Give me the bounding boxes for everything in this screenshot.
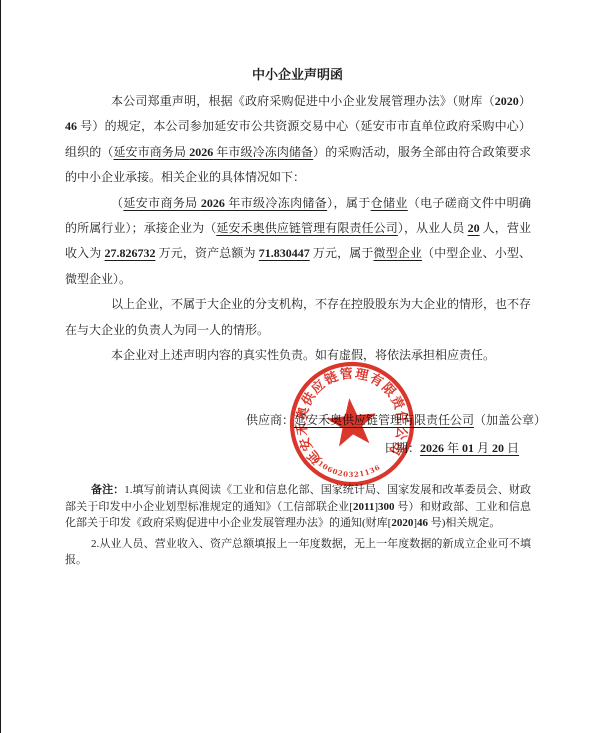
supplier-label: 供应商： (246, 413, 294, 427)
supplier-name: 延安禾奥供应链管理有限责任公司 (294, 413, 474, 427)
note-item-2: 2.从业人员、营业收入、资产总额填报上一年度数据，无上一年度数据的新成立企业可不… (65, 536, 531, 569)
date-line: 日期：2026 年 01 月 20 日 (65, 434, 531, 462)
paragraph-no-large-enterprise: 以上企业，不属于大企业的分支机构，不存在控股股东为大企业的情形，也不存在与大企业… (65, 292, 531, 343)
text-segment: 2026 (420, 441, 444, 455)
text-segment: 年市级冷冻肉储备 (213, 145, 313, 159)
text-segment: 日 (504, 441, 519, 455)
paragraph-declaration: 本公司郑重声明，根据《政府采购促进中小企业发展管理办法》（财库（2020）46 … (65, 89, 531, 191)
text-segment: 2020 (495, 94, 519, 108)
text-segment: 延安禾奥供应链管理有限责任公司 (216, 221, 398, 235)
text-segment: 46 (417, 517, 428, 529)
date-label: 日期： (384, 441, 420, 455)
text-segment: 年 (444, 441, 462, 455)
text-segment: 2.从业人员、营业收入、资产总额填报上一年度数据，无上一年度数据的新成立企业可不… (65, 538, 531, 567)
date-value: 2026 年 01 月 20 日 (420, 441, 533, 455)
text-segment: 27.826732 (105, 246, 156, 260)
supplier-suffix: （加盖公章） (474, 413, 546, 427)
document-title: 中小企业声明函 (1, 0, 594, 83)
text-segment: 月 (474, 441, 492, 455)
text-segment: 微型企业 (373, 246, 422, 260)
text-segment: 01 (462, 441, 474, 455)
paragraph-enterprise-details: （延安市商务局 2026 年市级冷冻肉储备），属于仓储业（电子磋商文件中明确的所… (65, 191, 531, 293)
text-segment: 仓储业 (371, 196, 408, 210)
text-segment: 本企业对上述声明内容的真实性负责。如有虚假，将依法承担相应责任。 (111, 348, 495, 362)
text-segment: ），属于 (327, 196, 370, 210)
text-segment: ） (519, 94, 531, 108)
text-segment: 备注： (91, 484, 124, 496)
text-segment: 延安市商务局 (113, 145, 189, 159)
text-segment: 20 (468, 221, 480, 235)
text-segment: 71.830447 (259, 246, 310, 260)
text-segment: 万元，资产总额为 (156, 246, 259, 260)
text-segment: 2026 (189, 145, 213, 159)
text-segment: 年市级冷冻肉储备 (225, 196, 327, 210)
document-page: 中小企业声明函 本公司郑重声明，根据《政府采购促进中小企业发展管理办法》（财库（… (0, 0, 594, 733)
text-segment: 300 (378, 501, 395, 513)
text-segment: ），从业人员 (398, 221, 468, 235)
text-segment: 20 (492, 441, 504, 455)
signature-block: 供应商：延安禾奥供应链管理有限责任公司（加盖公章） 日期：2026 年 01 月… (65, 406, 531, 462)
text-segment: 46 (65, 119, 77, 133)
paragraph-responsibility: 本企业对上述声明内容的真实性负责。如有虚假，将依法承担相应责任。 (65, 343, 531, 368)
supplier-line: 供应商：延安禾奥供应链管理有限责任公司（加盖公章） (65, 406, 531, 434)
note-item-1: 备注：1.填写前请认真阅读《工业和信息化部、国家统计局、国家发展和改革委员会、财… (65, 482, 531, 532)
text-segment: 2026 (201, 196, 225, 210)
text-segment: 号)相关规定。 (428, 517, 500, 529)
text-segment: 延安市商务局 (123, 196, 201, 210)
text-segment: 2020 (391, 517, 413, 529)
text-segment: 本公司郑重声明，根据《政府采购促进中小企业发展管理办法》（财库（ (111, 94, 495, 108)
text-segment: （ (111, 196, 123, 210)
text-segment: 2011 (353, 501, 374, 513)
document-body: 本公司郑重声明，根据《政府采购促进中小企业发展管理办法》（财库（2020）46 … (65, 89, 531, 368)
text-segment: 万元，属于 (310, 246, 374, 260)
notes-section: 备注：1.填写前请认真阅读《工业和信息化部、国家统计局、国家发展和改革委员会、财… (65, 482, 531, 569)
text-segment: 以上企业，不属于大企业的分支机构，不存在控股股东为大企业的情形，也不存在与大企业… (65, 297, 531, 336)
